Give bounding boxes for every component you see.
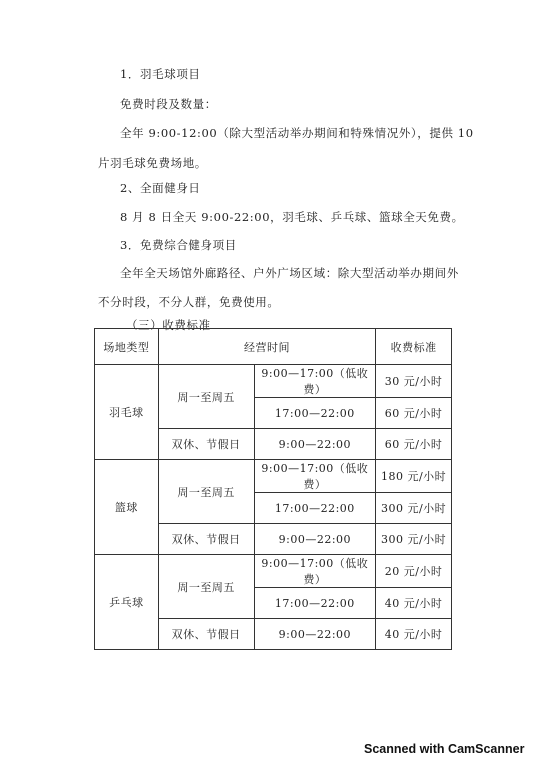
price-cell: 30 元/小时 xyxy=(376,365,452,398)
time-cell: 9:00—17:00（低收费） xyxy=(254,460,376,493)
weekend-label-cell: 双休、节假日 xyxy=(158,619,254,650)
weekend-label-cell: 双休、节假日 xyxy=(158,524,254,555)
price-cell: 40 元/小时 xyxy=(376,619,452,650)
price-cell: 300 元/小时 xyxy=(376,524,452,555)
time-cell: 17:00—22:00 xyxy=(254,588,376,619)
price-cell: 180 元/小时 xyxy=(376,460,452,493)
time-cell: 17:00—22:00 xyxy=(254,398,376,429)
price-cell: 300 元/小时 xyxy=(376,493,452,524)
paragraph-line: 8 月 8 日全天 9:00-22:00，羽毛球、乒乓球、篮球全天免费。 xyxy=(120,209,464,225)
price-cell: 40 元/小时 xyxy=(376,588,452,619)
time-cell: 9:00—17:00（低收费） xyxy=(254,365,376,398)
weekday-label-cell: 周一至周五 xyxy=(158,460,254,524)
header-venue-type: 场地类型 xyxy=(95,329,159,365)
paragraph-line: 1．羽毛球项目 xyxy=(120,66,201,82)
table-row: 羽毛球周一至周五9:00—17:00（低收费）30 元/小时 xyxy=(95,365,452,398)
weekday-label-cell: 周一至周五 xyxy=(158,365,254,429)
table-header-row: 场地类型 经营时间 收费标准 xyxy=(95,329,452,365)
header-operating-hours: 经营时间 xyxy=(158,329,375,365)
time-cell: 9:00—22:00 xyxy=(254,524,376,555)
table-row: 乒乓球周一至周五9:00—17:00（低收费）20 元/小时 xyxy=(95,555,452,588)
venue-type-cell: 篮球 xyxy=(95,460,159,555)
price-cell: 60 元/小时 xyxy=(376,429,452,460)
weekend-label-cell: 双休、节假日 xyxy=(158,429,254,460)
paragraph-line: 不分时段，不分人群，免费使用。 xyxy=(98,294,280,310)
paragraph-line: 片羽毛球免费场地。 xyxy=(98,155,207,171)
header-fee-standard: 收费标准 xyxy=(376,329,452,365)
camscanner-watermark: Scanned with CamScanner xyxy=(364,742,524,756)
venue-type-cell: 羽毛球 xyxy=(95,365,159,460)
paragraph-line: 全年全天场馆外廊路径、户外广场区域：除大型活动举办期间外 xyxy=(120,265,459,281)
paragraph-line: 3．免费综合健身项目 xyxy=(120,237,237,253)
paragraph-line: 全年 9:00-12:00（除大型活动举办期间和特殊情况外），提供 10 xyxy=(120,125,474,141)
weekday-label-cell: 周一至周五 xyxy=(158,555,254,619)
time-cell: 9:00—17:00（低收费） xyxy=(254,555,376,588)
fee-standards-table: 场地类型 经营时间 收费标准 羽毛球周一至周五9:00—17:00（低收费）30… xyxy=(94,328,452,650)
time-cell: 17:00—22:00 xyxy=(254,493,376,524)
time-cell: 9:00—22:00 xyxy=(254,619,376,650)
time-cell: 9:00—22:00 xyxy=(254,429,376,460)
venue-type-cell: 乒乓球 xyxy=(95,555,159,650)
paragraph-line: 免费时段及数量： xyxy=(120,96,217,112)
price-cell: 60 元/小时 xyxy=(376,398,452,429)
price-cell: 20 元/小时 xyxy=(376,555,452,588)
paragraph-line: 2、全面健身日 xyxy=(120,180,201,196)
table-row: 篮球周一至周五9:00—17:00（低收费）180 元/小时 xyxy=(95,460,452,493)
